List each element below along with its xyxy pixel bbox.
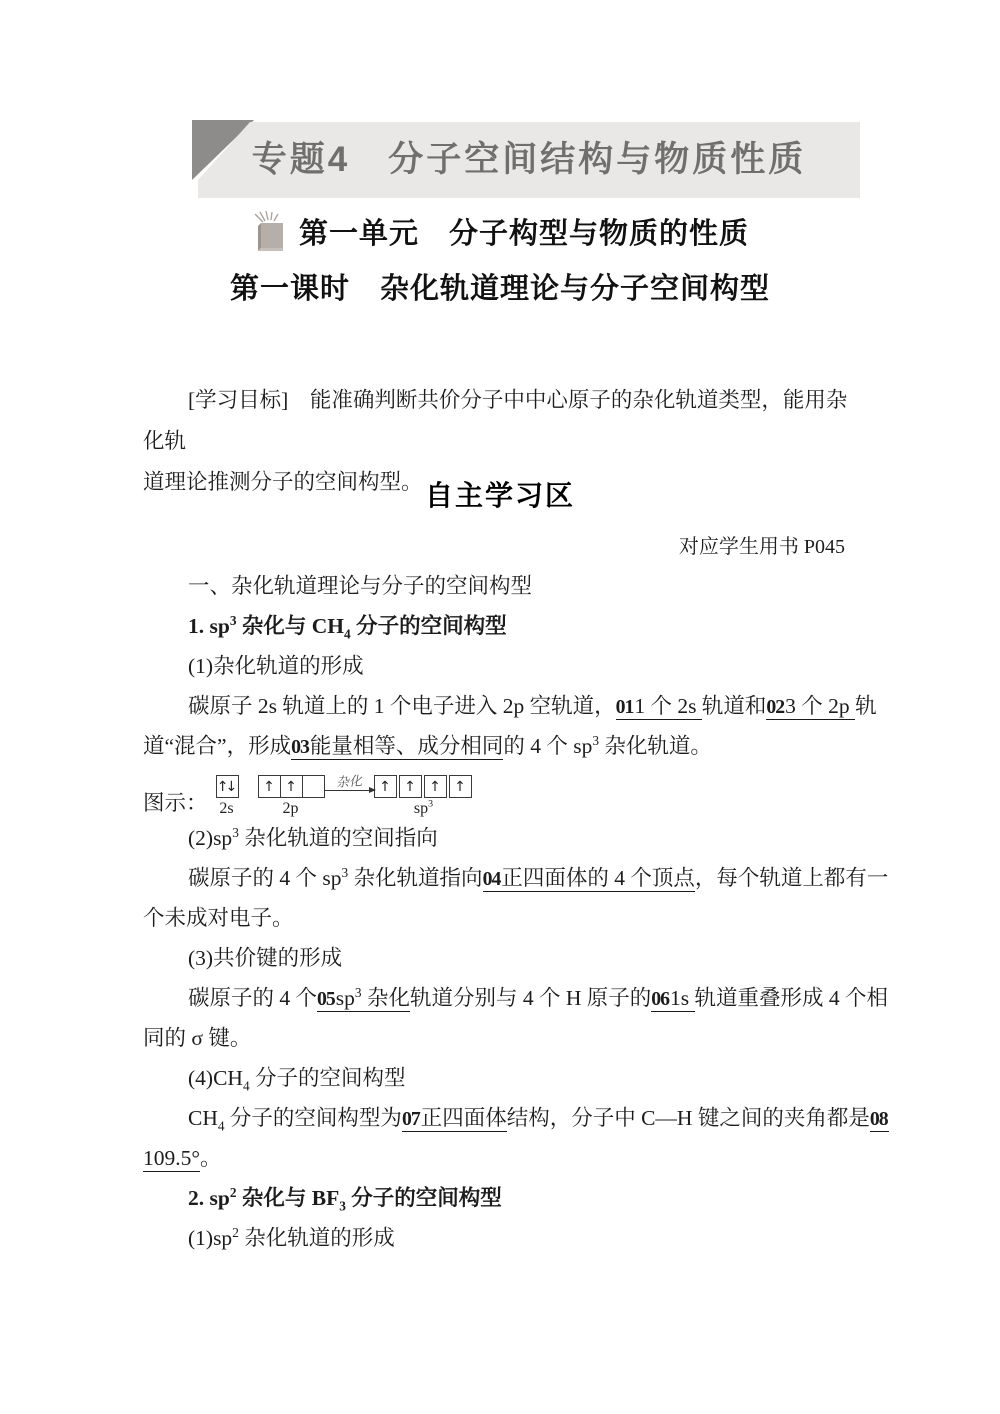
text-run: (2)sp3 杂化轨道的空间指向	[188, 826, 438, 850]
text-run: 1. sp3 杂化与 CH4 分子的空间构型	[188, 614, 507, 638]
text-line: (4)CH4 分子的空间构型	[143, 1058, 873, 1098]
chapter-banner: 专题4 分子空间结构与物质性质	[192, 120, 860, 200]
orbital-group-label: sp3	[414, 800, 433, 818]
text-run: 结构，分子中 C—H 键之间的夹角都是	[507, 1106, 870, 1130]
diagram-prefix-label: 图示：	[143, 788, 208, 818]
answer-blank: 正四面体	[421, 1106, 507, 1132]
text-run: 2. sp2 杂化与 BF3 分子的空间构型	[188, 1186, 502, 1210]
orbital-group-label: 2p	[283, 800, 299, 818]
arrow-label: 杂化	[335, 775, 362, 789]
text-run: 轨道和	[702, 694, 767, 718]
text-run: 同的 σ 键。	[143, 1026, 251, 1050]
text-run: 一、杂化轨道理论与分子的空间构型	[188, 574, 532, 598]
answer-blank: sp3 杂化	[336, 986, 410, 1012]
text-line: 同的 σ 键。	[143, 1018, 873, 1058]
hybridization-arrow: 杂化	[324, 776, 374, 791]
answer-marker: 05	[317, 988, 336, 1012]
answer-blank: 109.5°	[143, 1146, 200, 1172]
text-run: (4)CH4 分子的空间构型	[188, 1066, 406, 1090]
orbital-boxes: ↑↓2s↑↑2p杂化↑↑↑↑sp3	[216, 775, 474, 818]
orbital-group-2p: ↑↑2p	[258, 775, 324, 818]
text-run: (1)sp2 杂化轨道的形成	[188, 1226, 395, 1250]
text-line: 1. sp3 杂化与 CH4 分子的空间构型	[143, 606, 873, 646]
objective-line-1: [学习目标] 能准确判断共价分子中中心原子的杂化轨道类型，能用杂化轨	[143, 380, 859, 462]
book-icon	[251, 210, 287, 252]
text-line: (3)共价键的形成	[143, 938, 873, 978]
text-line: 道“混合”，形成03能量相等、成分相同的 4 个 sp3 杂化轨道。	[143, 726, 873, 766]
text-run: (3)共价键的形成	[188, 946, 342, 970]
answer-blank: 3 个 2p	[785, 694, 855, 720]
orbital-box: ↑	[280, 775, 303, 798]
lesson-title: 第一课时 杂化轨道理论与分子空间构型	[0, 266, 1000, 307]
unit-title: 第一单元 分子构型与物质的性质	[299, 211, 749, 252]
orbital-group-label: 2s	[219, 800, 233, 818]
orbital-box	[302, 775, 325, 798]
text-run: 碳原子的 4 个	[188, 986, 317, 1010]
answer-blank: 能量相等、成分相同	[310, 734, 504, 760]
text-run: ，每个轨道上都有一	[695, 866, 889, 890]
text-line: CH4 分子的空间构型为07正四面体结构，分子中 C—H 键之间的夹角都是08	[143, 1098, 873, 1138]
orbital-box: ↑↓	[216, 775, 239, 798]
text-run: 碳原子 2s 轨道上的 1 个电子进入 2p 空轨道，	[188, 694, 616, 718]
answer-marker: 08	[870, 1108, 889, 1132]
content-area: 一、杂化轨道理论与分子的空间构型1. sp3 杂化与 CH4 分子的空间构型(1…	[143, 566, 873, 1258]
answer-blank: 正四面体的 4 个顶点	[501, 866, 695, 892]
text-run: 轨道分别与 4 个 H 原子的	[410, 986, 651, 1010]
text-run: 轨道重叠形成 4 个相	[695, 986, 889, 1010]
text-run: 道“混合”，形成	[143, 734, 291, 758]
orbital-group-2s: ↑↓2s	[216, 775, 238, 818]
orbital-cells: ↑↓	[216, 775, 238, 798]
text-run: 。	[200, 1146, 222, 1170]
text-line: (1)杂化轨道的形成	[143, 646, 873, 686]
answer-blank: 1 个 2s	[634, 694, 702, 720]
banner-bar: 专题4 分子空间结构与物质性质	[198, 122, 860, 198]
answer-marker: 03	[291, 736, 310, 760]
orbital-box: ↑	[399, 775, 422, 798]
text-line: 碳原子的 4 个 sp3 杂化轨道指向04正四面体的 4 个顶点，每个轨道上都有…	[143, 858, 873, 898]
orbital-cells: ↑↑	[258, 775, 324, 798]
unit-title-row: 第一单元 分子构型与物质的性质	[0, 210, 1000, 252]
text-run: 轨	[855, 694, 877, 718]
orbital-box: ↑	[258, 775, 281, 798]
text-run: 个未成对电子。	[143, 906, 294, 930]
section-heading: 自主学习区	[0, 474, 1000, 514]
student-book-ref: 对应学生用书 P045	[679, 530, 845, 559]
orbital-box: ↑	[374, 775, 397, 798]
orbital-diagram: 图示：↑↓2s↑↑2p杂化↑↑↑↑sp3	[143, 766, 873, 818]
answer-blank: 1s	[670, 986, 695, 1012]
text-line: 碳原子 2s 轨道上的 1 个电子进入 2p 空轨道，011 个 2s 轨道和0…	[143, 686, 873, 726]
answer-marker: 06	[651, 988, 670, 1012]
orbital-box: ↑	[424, 775, 447, 798]
text-line: 碳原子的 4 个05sp3 杂化轨道分别与 4 个 H 原子的061s 轨道重叠…	[143, 978, 873, 1018]
chapter-title: 专题4 分子空间结构与物质性质	[252, 140, 806, 179]
arrow-shaft	[324, 790, 374, 791]
text-line: 2. sp2 杂化与 BF3 分子的空间构型	[143, 1178, 873, 1218]
orbital-group-sp: ↑↑↑↑sp3	[374, 775, 474, 818]
answer-marker: 01	[616, 696, 635, 720]
answer-marker: 07	[402, 1108, 421, 1132]
text-line: (1)sp2 杂化轨道的形成	[143, 1218, 873, 1258]
answer-marker: 04	[483, 868, 502, 892]
text-line: 个未成对电子。	[143, 898, 873, 938]
orbital-box: ↑	[449, 775, 472, 798]
text-run: CH4 分子的空间构型为	[188, 1106, 402, 1130]
text-run: (1)杂化轨道的形成	[188, 654, 364, 678]
orbital-cells: ↑↑↑↑	[374, 775, 474, 798]
answer-marker: 02	[766, 696, 785, 720]
text-line: (2)sp3 杂化轨道的空间指向	[143, 818, 873, 858]
text-run: 碳原子的 4 个 sp3 杂化轨道指向	[188, 866, 483, 890]
text-run: 的 4 个 sp3 杂化轨道。	[503, 734, 712, 758]
text-line: 一、杂化轨道理论与分子的空间构型	[143, 566, 873, 606]
text-line: 109.5°。	[143, 1138, 873, 1178]
